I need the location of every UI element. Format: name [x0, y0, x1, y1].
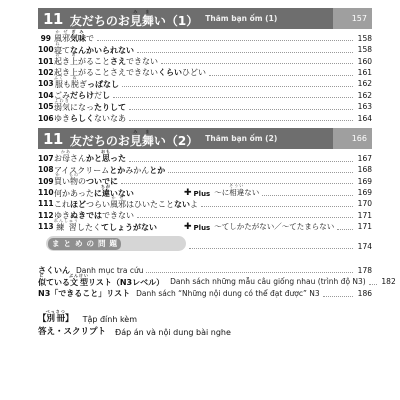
dotted-leader: [129, 109, 353, 110]
text-segment: 】: [65, 314, 74, 324]
item-page: 163: [356, 103, 372, 112]
text-segment: したく: [77, 223, 101, 232]
text-segment: てしょうがない: [101, 223, 157, 232]
appendix-text: Tập đính kèm: [83, 315, 137, 324]
text-segment: き: [62, 57, 70, 66]
text-segment: 弱気よわき: [54, 103, 70, 112]
text-segment: くらい: [158, 68, 182, 77]
item-title: これほどつらい風邪かぜはひいたことないよ: [54, 195, 198, 209]
text-segment: かと: [86, 154, 102, 163]
item-page: 167: [356, 155, 372, 164]
text-segment: 似に: [38, 278, 46, 287]
text-segment: 上あ: [70, 57, 78, 66]
text-segment: 文型ぶんけい: [70, 278, 88, 287]
toc-item: 113練習れんしゅうしたくてしょうがない✚Plus～てしかたがない／～てたまらな…: [38, 220, 372, 231]
item-number: 99: [38, 35, 51, 44]
item-page: 160: [356, 58, 372, 67]
toc-item: 107お母かあさんかと思おもった167: [38, 152, 372, 163]
plus-text: ～に相違そういない: [214, 183, 259, 198]
text-segment: ない: [174, 200, 190, 209]
item-number: 101: [38, 58, 51, 67]
backmatter-row: N3「できること」リストDanh sách “Những nội dung có…: [38, 287, 372, 299]
appendix-label: 答え・スクリプト: [38, 328, 106, 338]
text-segment: になっ: [70, 103, 94, 112]
text-segment: たりして: [94, 103, 126, 112]
text-segment: 母かあ: [62, 154, 70, 163]
item-page: 161: [356, 69, 372, 78]
section-page: 166: [333, 128, 372, 149]
item-page: 162: [356, 80, 372, 89]
backmatter-page: 186: [356, 290, 372, 299]
plus-text: ～てしかたがない／～てたまらない: [214, 223, 334, 232]
appendix-row: 答え・スクリプトĐáp án và nội dung bài nghe: [38, 325, 372, 338]
summary-pill: まとめの問題: [46, 236, 186, 251]
dotted-leader: [369, 284, 377, 285]
backmatter-list: さくいんDanh mục tra cứu178似にている文型ぶんけいリスト（N3…: [38, 264, 372, 299]
text-segment: ほど: [70, 200, 86, 209]
spacer: [38, 251, 372, 264]
plus-label: Plus: [194, 224, 211, 232]
text-segment: さん: [70, 154, 86, 163]
text-segment: った: [110, 154, 126, 163]
item-number: 100: [38, 46, 51, 55]
text-segment: ている: [46, 278, 70, 287]
text-segment: い（1）: [154, 14, 198, 28]
item-page: 162: [356, 92, 372, 101]
plus-icon: ✚: [184, 223, 192, 232]
item-page: 158: [356, 46, 372, 55]
item-page: 168: [356, 166, 372, 175]
text-segment: い（2）: [154, 134, 198, 148]
toc-item: 106ゆきらしくないなあ164: [38, 112, 372, 123]
text-segment: 風邪かぜ: [110, 200, 126, 209]
text-segment: できない: [126, 57, 158, 66]
toc-item: 111これほどつらい風邪かぜはひいたことないよ170: [38, 198, 372, 209]
text-segment: 起お: [54, 57, 62, 66]
dotted-leader: [168, 172, 353, 173]
item-number: 102: [38, 69, 51, 78]
spacer: [38, 299, 372, 312]
summary-pill-label: まとめの問題: [48, 238, 121, 250]
toc-sections: 11友だちのお見舞みまい（1）Thăm bạn ốm (1)15799風邪かぜ気…: [38, 8, 372, 237]
text-segment: 練習れんしゅう: [54, 223, 77, 232]
dotted-leader: [189, 248, 353, 249]
toc-page: 11友だちのお見舞みまい（1）Thăm bạn ốm (1)15799風邪かぜ気…: [0, 0, 400, 400]
text-segment: みかん: [125, 166, 149, 175]
text-segment: 友だちのお: [70, 14, 130, 28]
item-page: 169: [356, 178, 372, 187]
appendix-row: 【別冊べっさつ】Tập đính kèm: [38, 312, 372, 325]
text-segment: ないなあ: [94, 114, 126, 123]
item-number: 109: [38, 178, 51, 187]
dotted-leader: [262, 195, 353, 196]
section-subtitle: Thăm bạn ốm (1): [205, 14, 277, 23]
text-segment: リスト（N3レベル）: [88, 278, 164, 287]
backmatter-title: 似にている文型ぶんけいリスト（N3レベル）: [38, 273, 164, 287]
item-title: お母かあさんかと思おもった: [54, 149, 126, 163]
item-page: 158: [356, 35, 372, 44]
text-segment: 相違そうい: [229, 188, 244, 197]
backmatter-subtitle: Danh sách những mẫu câu giống nhau (trìn…: [170, 278, 366, 287]
dotted-leader: [113, 97, 353, 98]
dotted-leader: [161, 63, 353, 64]
text-segment: ～てしかたがない／～てたまらない: [214, 222, 334, 231]
item-title: 起おき上あがることさえできない: [54, 52, 158, 66]
dotted-leader: [209, 75, 353, 76]
item-number: 106: [38, 115, 51, 124]
text-segment: っぱなし: [87, 80, 119, 89]
item-number: 105: [38, 103, 51, 112]
item-number: 111: [38, 200, 51, 209]
appendix-label: 【別冊べっさつ】: [38, 309, 74, 325]
item-number: 108: [38, 166, 51, 175]
item-number: 107: [38, 155, 51, 164]
text-segment: も: [63, 80, 71, 89]
text-segment: よ: [190, 200, 198, 209]
dotted-leader: [337, 229, 353, 230]
section-title: 友だちのお見舞みまい（2）: [70, 129, 198, 149]
item-page: 171: [356, 223, 372, 232]
text-segment: つらい: [86, 200, 110, 209]
dotted-leader: [137, 52, 353, 53]
item-title: ゆきらしくないなあ: [54, 114, 126, 123]
toc-item: 103服ふくも脱ぬぎっぱなし162: [38, 78, 372, 89]
item-number: 112: [38, 212, 51, 221]
text-segment: 服ふく: [54, 80, 63, 89]
text-segment: はひいたこと: [126, 200, 174, 209]
section-page: 157: [333, 8, 372, 29]
summary-page: 174: [356, 242, 372, 251]
dotted-leader: [323, 296, 353, 297]
section-title: 友だちのお見舞みまい（1）: [70, 9, 198, 29]
backmatter-page: 178: [356, 267, 372, 276]
backmatter-page: 182: [380, 278, 396, 287]
section-header: 11友だちのお見舞みまい（2）Thăm bạn ốm (2)166: [38, 128, 372, 149]
text-segment: 見舞みま: [130, 134, 154, 148]
unit-number: 11: [38, 130, 70, 148]
dotted-leader: [122, 86, 353, 87]
text-segment: ぎ: [79, 80, 87, 89]
dotted-leader: [146, 272, 353, 273]
text-segment: らしく: [70, 114, 94, 123]
item-page: 171: [356, 212, 372, 221]
section-subtitle: Thăm bạn ốm (2): [205, 134, 277, 143]
text-segment: 脱ぬ: [71, 80, 79, 89]
text-segment: 別冊べっさつ: [47, 314, 66, 324]
text-segment: N3「できること」リスト: [38, 289, 130, 298]
toc-item: 105弱気よわきになったりして163: [38, 100, 372, 111]
summary-row: まとめの問題 174: [38, 237, 372, 251]
item-page: 169: [356, 189, 372, 198]
item-number: 103: [38, 80, 51, 89]
item-number: 113: [38, 223, 51, 232]
item-title: 練習れんしゅうしたくてしょうがない: [54, 218, 182, 232]
item-title: 弱気よわきになったりして: [54, 98, 126, 112]
backmatter-title: N3「できること」リスト: [38, 289, 130, 298]
text-segment: さえ: [110, 57, 126, 66]
item-title: 服ふくも脱ぬぎっぱなし: [54, 75, 119, 89]
appendix-list: 【別冊べっさつ】Tập đính kèm答え・スクリプトĐáp án và nộ…: [38, 312, 372, 338]
item-number: 110: [38, 189, 51, 198]
text-segment: とか: [149, 166, 165, 175]
backmatter-subtitle: Danh sách “Những nội dung có thể đạt đượ…: [136, 290, 320, 299]
appendix-text: Đáp án và nội dung bài nghe: [115, 328, 231, 337]
text-segment: がること: [78, 57, 110, 66]
item-page: 164: [356, 115, 372, 124]
text-segment: ひどい: [182, 68, 206, 77]
dotted-leader: [201, 206, 353, 207]
backmatter-row: 似にている文型ぶんけいリスト（N3レベル）Danh sách những mẫu…: [38, 275, 372, 287]
dotted-leader: [97, 40, 353, 41]
text-segment: 見舞みま: [130, 14, 154, 28]
dotted-leader: [129, 120, 353, 121]
text-segment: これ: [54, 200, 70, 209]
text-segment: 思おも: [102, 154, 110, 163]
text-segment: 答え・スクリプト: [38, 327, 106, 337]
text-segment: ゆき: [54, 114, 70, 123]
text-segment: ～に: [214, 188, 229, 197]
section-header: 11友だちのお見舞みまい（1）Thăm bạn ốm (1)157: [38, 8, 372, 29]
plus-block: ✚Plus～てしかたがない／～てたまらない: [184, 223, 334, 232]
text-segment: ない: [244, 188, 259, 197]
item-page: 170: [356, 200, 372, 209]
unit-number: 11: [38, 10, 70, 28]
text-segment: 友だちのお: [70, 134, 130, 148]
toc-item: 101起おき上あがることさえできない160: [38, 55, 372, 66]
item-number: 104: [38, 92, 51, 101]
dotted-leader: [129, 161, 353, 162]
